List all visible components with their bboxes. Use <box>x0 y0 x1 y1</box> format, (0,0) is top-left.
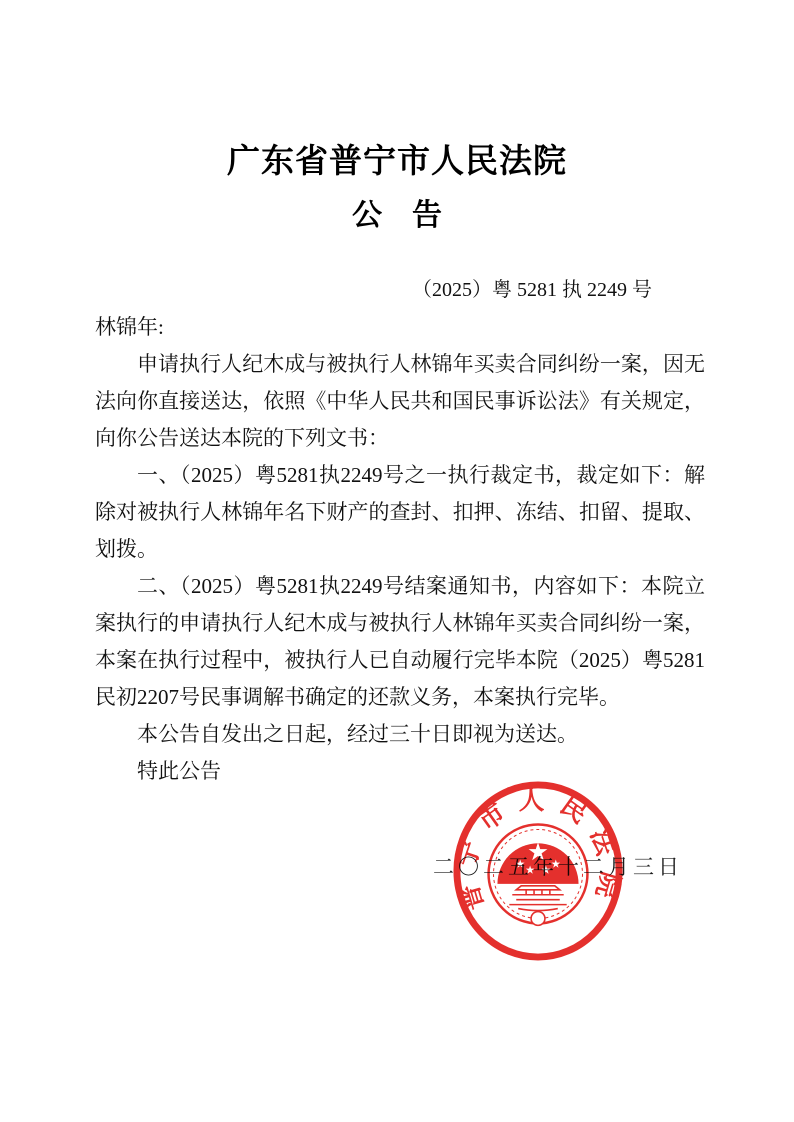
notice-body: 林锦年: 申请执行人纪木成与被执行人林锦年买卖合同纠纷一案，因无法向你直接送达，… <box>95 309 705 790</box>
addressee-line: 林锦年: <box>95 309 705 346</box>
paragraph-item-1: 一、（2025）粤5281执2249号之一执行裁定书，裁定如下：解除对被执行人林… <box>95 457 705 568</box>
svg-text:普宁市人民法院: 普宁市人民法院 <box>451 786 626 914</box>
paragraph-closing: 特此公告 <box>95 753 705 790</box>
seal-ring-text: 普宁市人民法院 <box>451 786 626 914</box>
issue-date: 二〇二五年十二月三日 <box>433 851 683 881</box>
case-number: （2025）粤 5281 执 2249 号 <box>0 278 794 302</box>
paragraph-item-2: 二、（2025）粤5281执2249号结案通知书，内容如下：本院立案执行的申请执… <box>95 568 705 716</box>
emblem-gate <box>509 886 566 911</box>
court-name-title: 广东省普宁市人民法院 <box>0 0 794 184</box>
doc-type-heading: 公 告 <box>0 196 794 236</box>
paragraph-service-period: 本公告自发出之日起，经过三十日即视为送达。 <box>95 716 705 753</box>
paragraph-intro: 申请执行人纪木成与被执行人林锦年买卖合同纠纷一案，因无法向你直接送达，依照《中华… <box>95 346 705 457</box>
court-notice-page: 广东省普宁市人民法院 公 告 （2025）粤 5281 执 2249 号 林锦年… <box>0 0 794 1122</box>
